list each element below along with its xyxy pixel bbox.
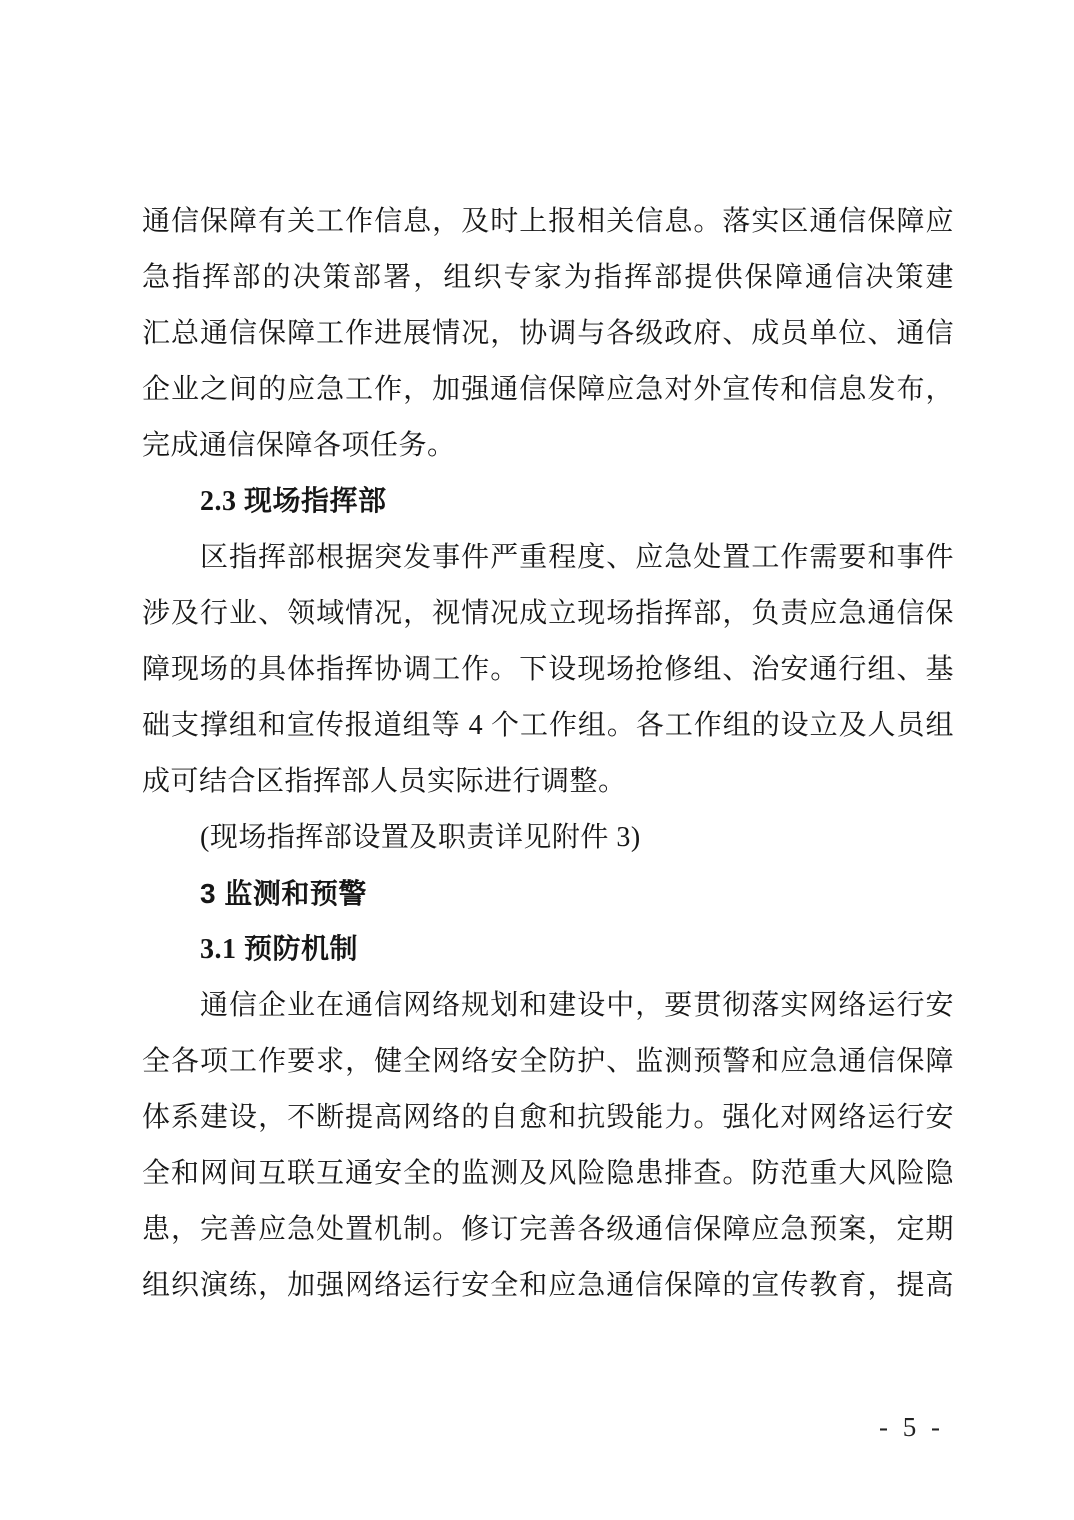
paragraph-field-command: 区指挥部根据突发事件严重程度、应急处置工作需要和事件涉及行业、领域情况，视情况成… — [142, 530, 954, 810]
document-page: 通信保障有关工作信息，及时上报相关信息。落实区通信保障应急指挥部的决策部署，组织… — [0, 0, 1074, 1520]
text-line: 体系建设，不断提高网络的自愈和抗毁能力。强化对网络运行安 — [142, 1090, 954, 1146]
text-line: 急指挥部的决策部署，组织专家为指挥部提供保障通信决策建议， — [142, 250, 954, 306]
paragraph-prevention: 通信企业在通信网络规划和建设中，要贯彻落实网络运行安全各项工作要求，健全网络安全… — [142, 978, 954, 1314]
text-line: 企业之间的应急工作，加强通信保障应急对外宣传和信息发布， — [142, 362, 954, 418]
text-line: 全和网间互联互通安全的监测及风险隐患排查。防范重大风险隐 — [142, 1146, 954, 1202]
paragraph-continuation: 通信保障有关工作信息，及时上报相关信息。落实区通信保障应急指挥部的决策部署，组织… — [142, 194, 954, 474]
text-line: 区指挥部根据突发事件严重程度、应急处置工作需要和事件 — [142, 530, 954, 586]
text-line: 汇总通信保障工作进展情况，协调与各级政府、成员单位、通信 — [142, 306, 954, 362]
heading-3-monitoring-warning: 3 监测和预警 — [142, 866, 954, 922]
text-line: 础支撑组和宣传报道组等 4 个工作组。各工作组的设立及人员组 — [142, 698, 954, 754]
text-line: 障现场的具体指挥协调工作。下设现场抢修组、治安通行组、基 — [142, 642, 954, 698]
text-line: 涉及行业、领域情况，视情况成立现场指挥部，负责应急通信保 — [142, 586, 954, 642]
text-line: 组织演练，加强网络运行安全和应急通信保障的宣传教育，提高 — [142, 1258, 954, 1314]
text-line: (现场指挥部设置及职责详见附件 3) — [142, 810, 954, 866]
text-line: 完成通信保障各项任务。 — [142, 418, 954, 474]
text-line: 通信企业在通信网络规划和建设中，要贯彻落实网络运行安 — [142, 978, 954, 1034]
text-line: 通信保障有关工作信息，及时上报相关信息。落实区通信保障应 — [142, 194, 954, 250]
text-line: 全各项工作要求，健全网络安全防护、监测预警和应急通信保障 — [142, 1034, 954, 1090]
text-line: 成可结合区指挥部人员实际进行调整。 — [142, 754, 954, 810]
heading-3-1-prevention-mechanism: 3.1 预防机制 — [142, 922, 954, 978]
page-number: - 5 - — [879, 1410, 944, 1444]
document-content: 通信保障有关工作信息，及时上报相关信息。落实区通信保障应急指挥部的决策部署，组织… — [142, 194, 954, 1314]
heading-2-3-field-command: 2.3 现场指挥部 — [142, 474, 954, 530]
paragraph-attachment-note: (现场指挥部设置及职责详见附件 3) — [142, 810, 954, 866]
text-line: 患，完善应急处置机制。修订完善各级通信保障应急预案，定期 — [142, 1202, 954, 1258]
